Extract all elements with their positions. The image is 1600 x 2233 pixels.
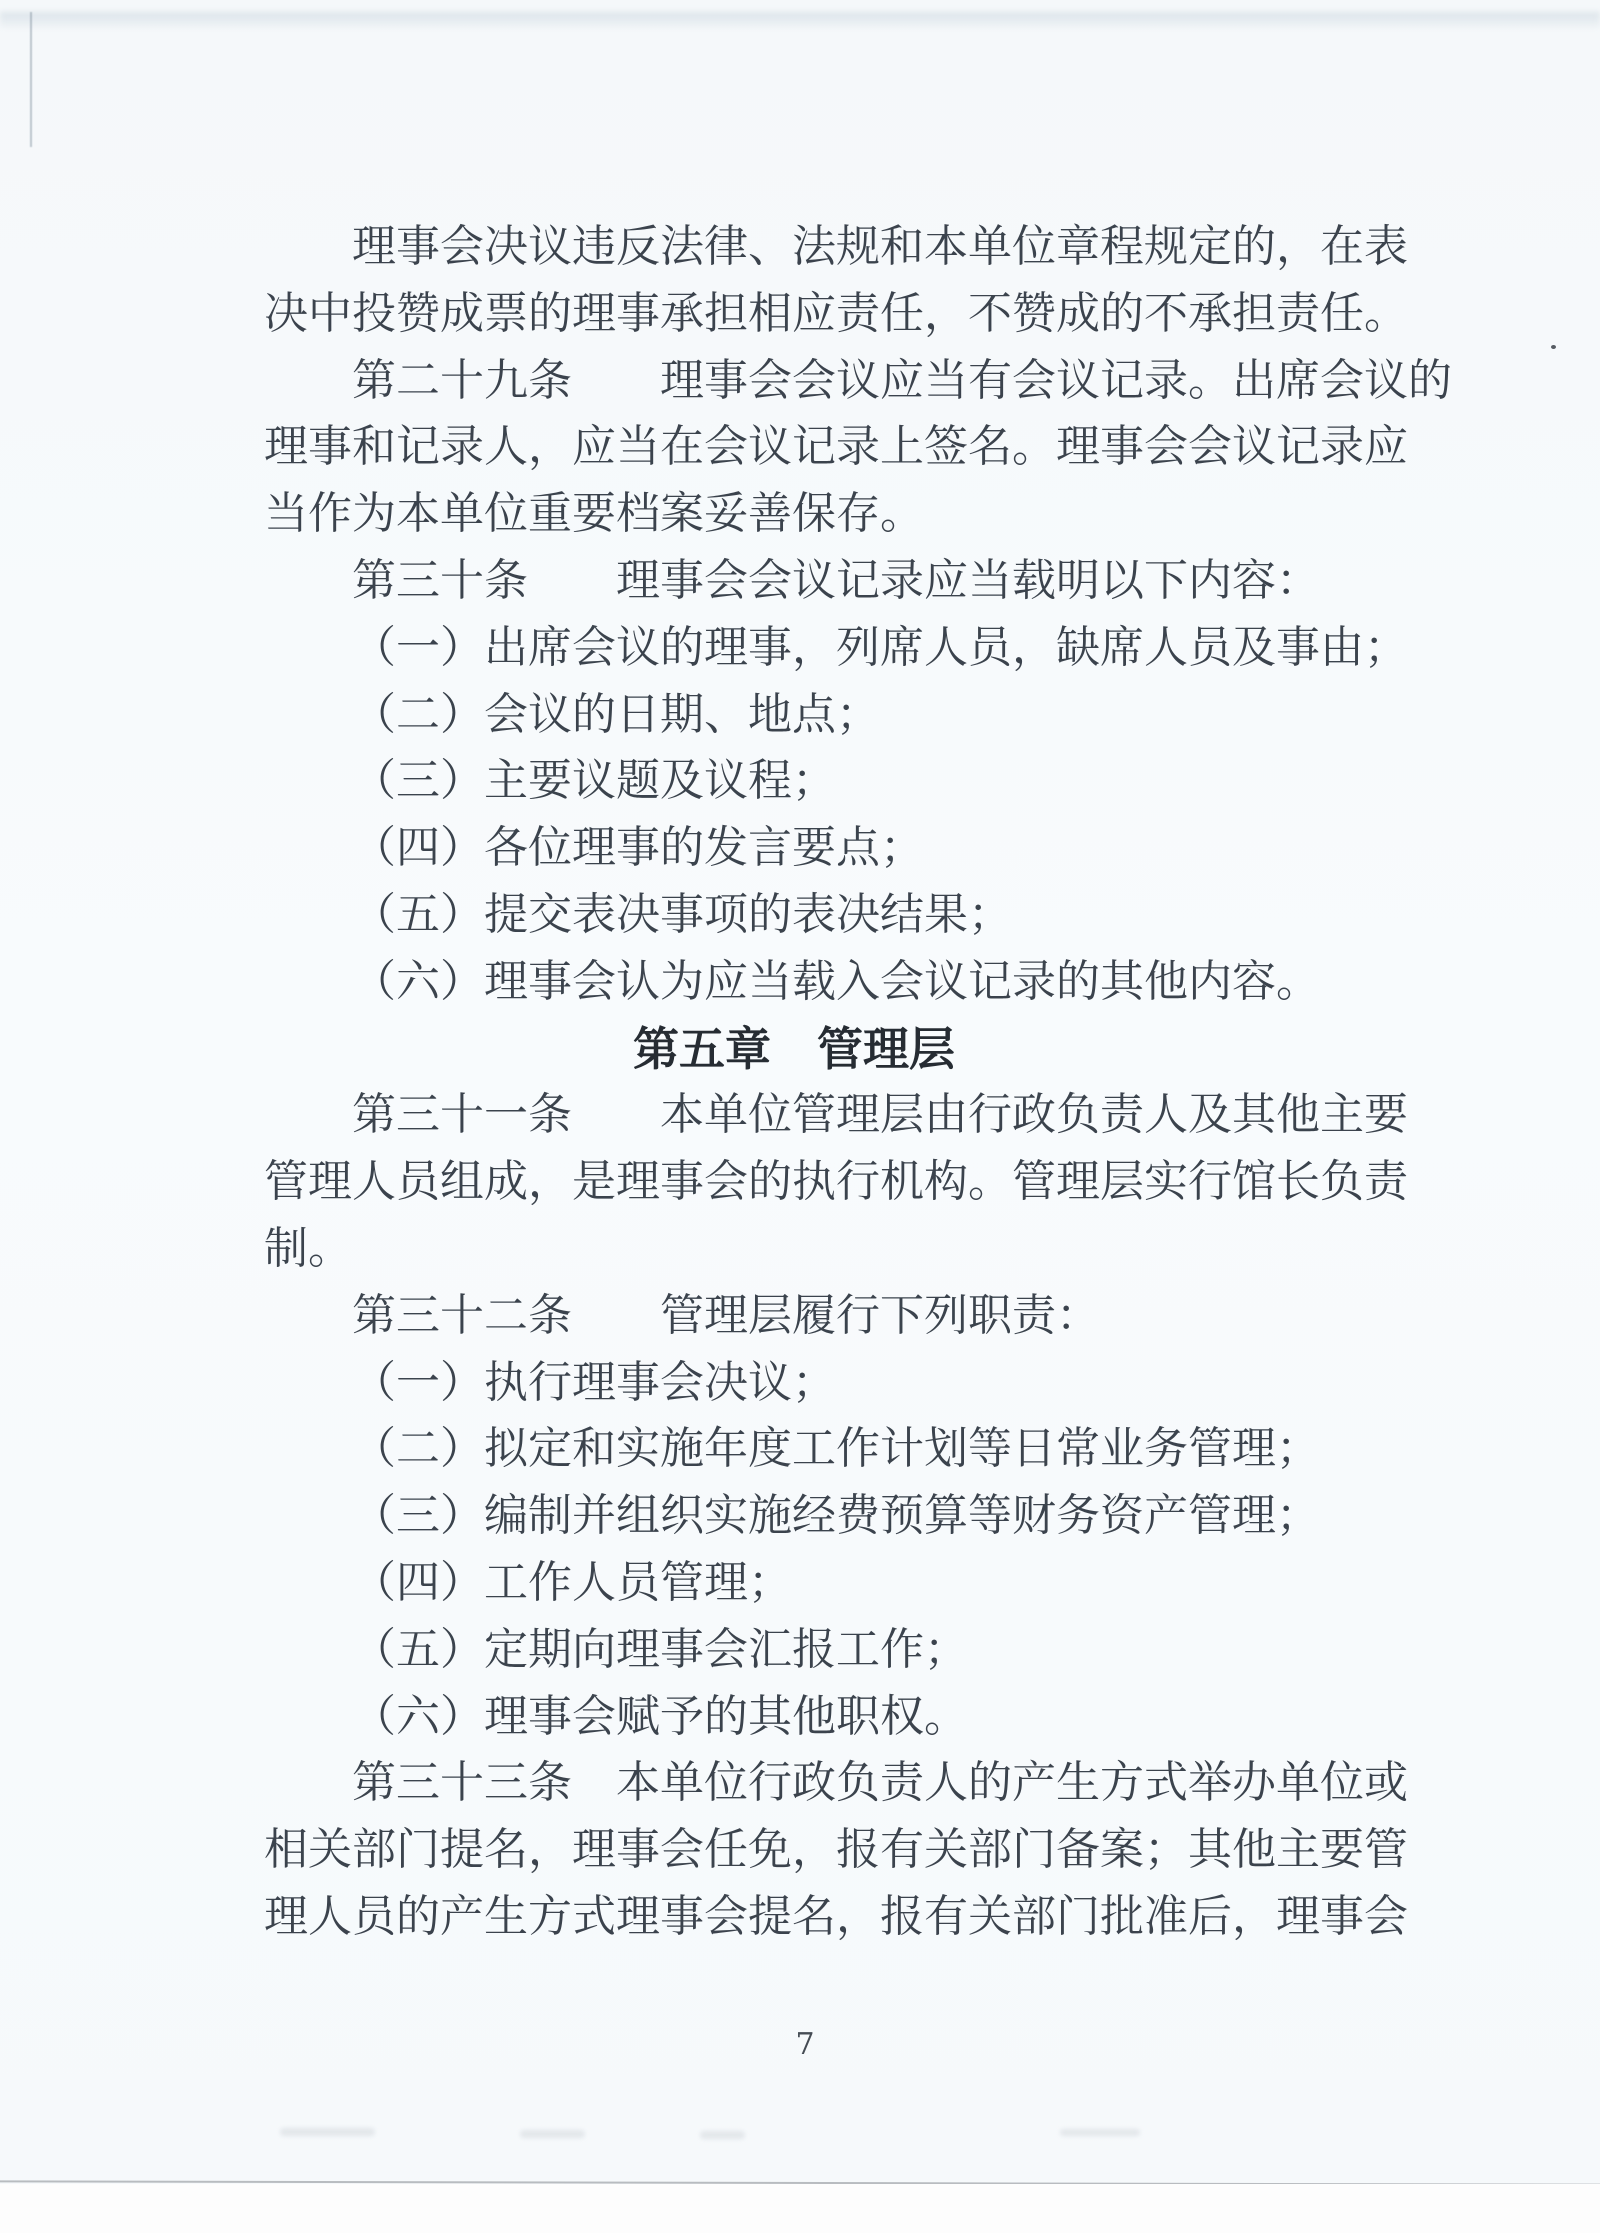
text-line: 第三十一条 本单位管理层由行政负责人及其他主要 bbox=[264, 1082, 1494, 1149]
text-line: 当作为本单位重要档案妥善保存。 bbox=[264, 481, 1494, 548]
text-line: 制。 bbox=[264, 1216, 1494, 1283]
text-line: 相关部门提名，理事会任免，报有关部门备案；其他主要管 bbox=[264, 1817, 1494, 1884]
text-line: 理事和记录人，应当在会议记录上签名。理事会会议记录应 bbox=[264, 414, 1494, 481]
text-line: 理事会决议违反法律、法规和本单位章程规定的，在表 bbox=[264, 214, 1494, 281]
text-line: （三）主要议题及议程； bbox=[264, 748, 1494, 815]
chapter-heading: 第五章 管理层 bbox=[264, 1016, 1494, 1083]
text-line: （三）编制并组织实施经费预算等财务资产管理； bbox=[264, 1483, 1494, 1550]
text-line: 第三十二条 管理层履行下列职责： bbox=[264, 1283, 1494, 1350]
scan-smudge-artifact bbox=[520, 2130, 585, 2138]
text-line: （一）执行理事会决议； bbox=[264, 1350, 1494, 1417]
text-line: （六）理事会赋予的其他职权。 bbox=[264, 1684, 1494, 1751]
scan-background-below-page bbox=[0, 2184, 1600, 2233]
text-line: （五）提交表决事项的表决结果； bbox=[264, 882, 1494, 949]
text-line: 理人员的产生方式理事会提名，报有关部门批准后，理事会 bbox=[264, 1884, 1494, 1951]
scan-smudge-artifact bbox=[1060, 2129, 1140, 2136]
scan-speck-artifact bbox=[1551, 345, 1556, 349]
text-line: 第二十九条 理事会会议应当有会议记录。出席会议的 bbox=[264, 348, 1494, 415]
text-line: （五）定期向理事会汇报工作； bbox=[264, 1617, 1494, 1684]
document-text: 理事会决议违反法律、法规和本单位章程规定的，在表决中投赞成票的理事承担相应责任，… bbox=[264, 214, 1494, 1951]
text-line: （四）各位理事的发言要点； bbox=[264, 815, 1494, 882]
scan-smudge-artifact bbox=[700, 2131, 745, 2139]
text-line: 决中投赞成票的理事承担相应责任，不赞成的不承担责任。 bbox=[264, 281, 1494, 348]
text-line: （二）会议的日期、地点； bbox=[264, 682, 1494, 749]
scan-smudge-artifact bbox=[280, 2128, 375, 2136]
scan-edge-artifact-top bbox=[0, 12, 1600, 28]
text-line: 第三十条 理事会会议记录应当载明以下内容： bbox=[264, 548, 1494, 615]
text-line: 管理人员组成，是理事会的执行机构。管理层实行馆长负责 bbox=[264, 1149, 1494, 1216]
page-number: 7 bbox=[740, 2022, 870, 2068]
text-line: （四）工作人员管理； bbox=[264, 1550, 1494, 1617]
text-line: （二）拟定和实施年度工作计划等日常业务管理； bbox=[264, 1416, 1494, 1483]
scanned-document-page: 理事会决议违反法律、法规和本单位章程规定的，在表决中投赞成票的理事承担相应责任，… bbox=[0, 0, 1600, 2233]
text-line: 第三十三条 本单位行政负责人的产生方式举办单位或 bbox=[264, 1750, 1494, 1817]
scan-edge-artifact-left bbox=[30, 12, 32, 147]
text-line: （一）出席会议的理事，列席人员，缺席人员及事由； bbox=[264, 615, 1494, 682]
text-line: （六）理事会认为应当载入会议记录的其他内容。 bbox=[264, 949, 1494, 1016]
